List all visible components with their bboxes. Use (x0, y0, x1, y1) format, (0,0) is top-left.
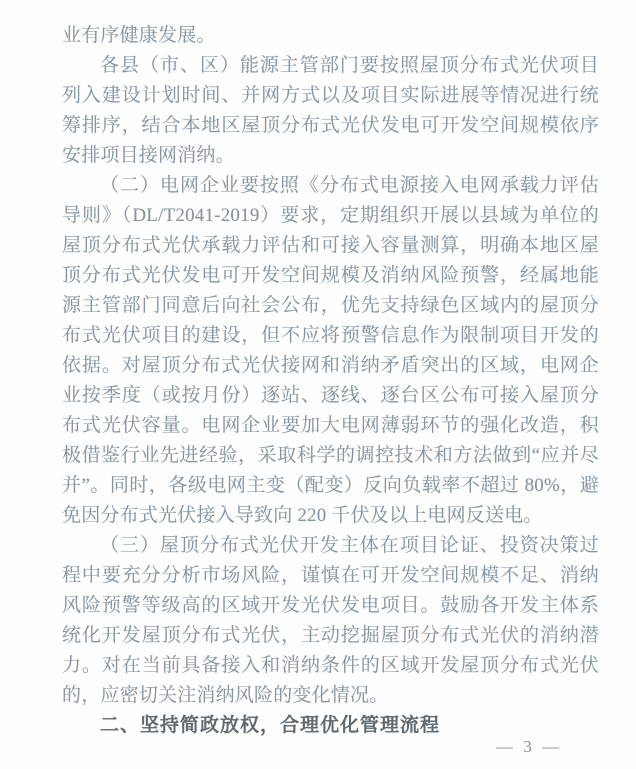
page-number: — 3 — (496, 737, 562, 757)
document-body: 业有序健康发展。 各县（市、区）能源主管部门要按照屋顶分布式光伏项目列入建设计划… (62, 21, 599, 741)
document-page: 业有序健康发展。 各县（市、区）能源主管部门要按照屋顶分布式光伏项目列入建设计划… (0, 0, 636, 769)
paragraph-continuation: 业有序健康发展。 (62, 21, 599, 51)
paragraph-county-energy-departments: 各县（市、区）能源主管部门要按照屋顶分布式光伏项目列入建设计划时间、并网方式以及… (62, 51, 599, 171)
paragraph-item-2-grid-enterprises: （二）电网企业要按照《分布式电源接入电网承载力评估导则》（DL/T2041-20… (62, 171, 599, 531)
paragraph-item-3-development-entities: （三）屋顶分布式光伏开发主体在项目论证、投资决策过程中要充分分析市场风险，谨慎在… (62, 531, 599, 711)
